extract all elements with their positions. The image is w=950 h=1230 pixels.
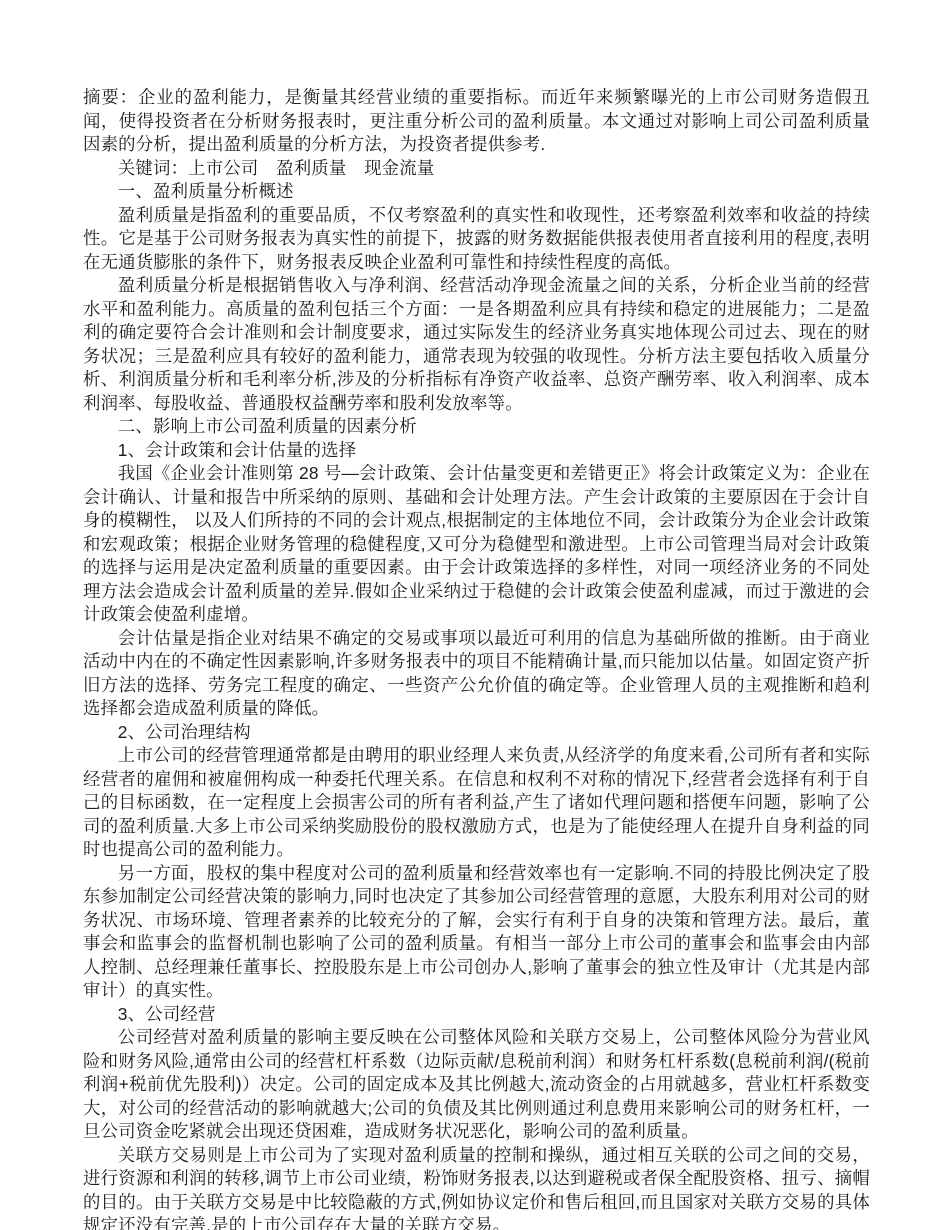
body-paragraph: 盈利质量分析是根据销售收入与净利润、经营活动净现金流量之间的关系，分析企业当前的… — [83, 274, 870, 415]
subsection-heading-3: 3、公司经营 — [83, 1003, 870, 1027]
section-heading-2: 二、影响上市公司盈利质量的因素分析 — [83, 415, 870, 439]
body-paragraph: 盈利质量是指盈利的重要品质，不仅考察盈利的真实性和收现性，还考察盈利效率和收益的… — [83, 204, 870, 275]
body-paragraph: 公司经营对盈利质量的影响主要反映在公司整体风险和关联方交易上，公司整体风险分为营… — [83, 1026, 870, 1144]
body-paragraph: 另一方面，股权的集中程度对公司的盈利质量和经营效率也有一定影响.不同的持股比例决… — [83, 862, 870, 1003]
body-paragraph: 我国《企业会计准则第 28 号—会计政策、会计估量变更和差错更正》将会计政策定义… — [83, 462, 870, 627]
subsection-heading-2: 2、公司治理结构 — [83, 721, 870, 745]
keywords-line: 关键词：上市公司 盈利质量 现金流量 — [83, 157, 870, 181]
subsection-heading-1: 1、会计政策和会计估量的选择 — [83, 439, 870, 463]
body-paragraph: 关联方交易则是上市公司为了实现对盈利质量的控制和操纵，通过相互关联的公司之间的交… — [83, 1144, 870, 1230]
abstract-paragraph: 摘要：企业的盈利能力，是衡量其经营业绩的重要指标。而近年来频繁曝光的上市公司财务… — [83, 86, 870, 157]
document-page: 摘要：企业的盈利能力，是衡量其经营业绩的重要指标。而近年来频繁曝光的上市公司财务… — [0, 0, 950, 1230]
body-paragraph: 上市公司的经营管理通常都是由聘用的职业经理人来负责,从经济学的角度来看,公司所有… — [83, 744, 870, 862]
section-heading-1: 一、盈利质量分析概述 — [83, 180, 870, 204]
body-paragraph: 会计估量是指企业对结果不确定的交易或事项以最近可利用的信息为基础所做的推断。由于… — [83, 627, 870, 721]
